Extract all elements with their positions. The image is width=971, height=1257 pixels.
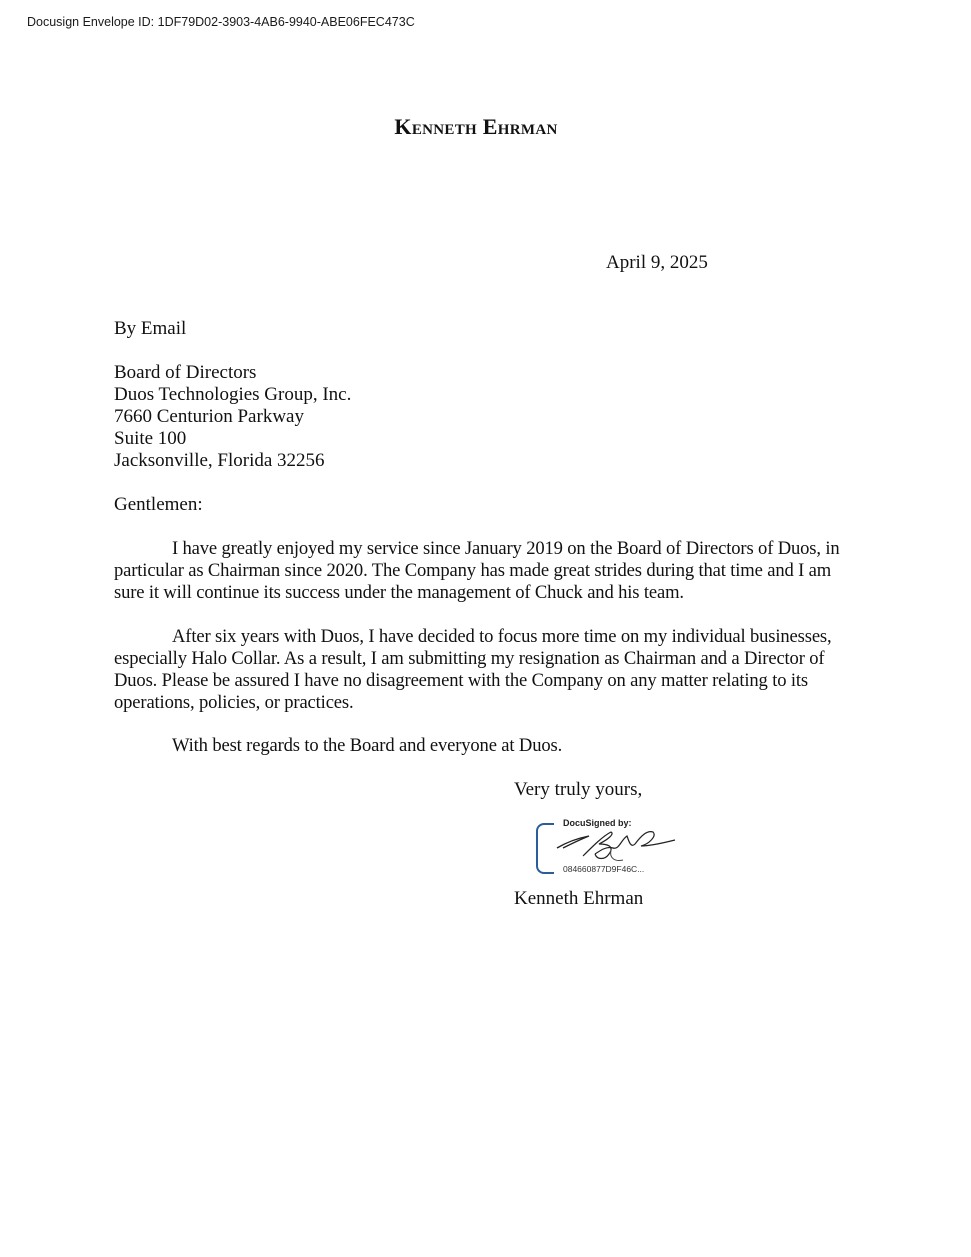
body-paragraph: I have greatly enjoyed my service since … (114, 538, 854, 604)
signer-name: Kenneth Ehrman (514, 888, 643, 910)
letterhead-name: Kenneth Ehrman (0, 114, 952, 140)
envelope-id: Docusign Envelope ID: 1DF79D02-3903-4AB6… (27, 15, 415, 29)
address-line: Jacksonville, Florida 32256 (114, 450, 351, 472)
address-line: Suite 100 (114, 428, 351, 450)
address-line: Duos Technologies Group, Inc. (114, 384, 351, 406)
handwritten-signature-icon (549, 826, 679, 866)
body-paragraph: After six years with Duos, I have decide… (114, 626, 854, 714)
delivery-method: By Email (114, 318, 186, 340)
signature-id: 084660877D9F46C... (562, 864, 645, 874)
letter-date: April 9, 2025 (606, 252, 708, 274)
body-paragraph: With best regards to the Board and every… (114, 735, 854, 757)
recipient-address: Board of Directors Duos Technologies Gro… (114, 362, 351, 472)
docusigned-by-label: DocuSigned by: (562, 818, 633, 828)
closing: Very truly yours, (514, 779, 642, 801)
address-line: 7660 Centurion Parkway (114, 406, 351, 428)
salutation: Gentlemen: (114, 494, 203, 516)
docusign-signature-block: DocuSigned by: 084660877D9F46C... (535, 816, 685, 878)
address-line: Board of Directors (114, 362, 351, 384)
